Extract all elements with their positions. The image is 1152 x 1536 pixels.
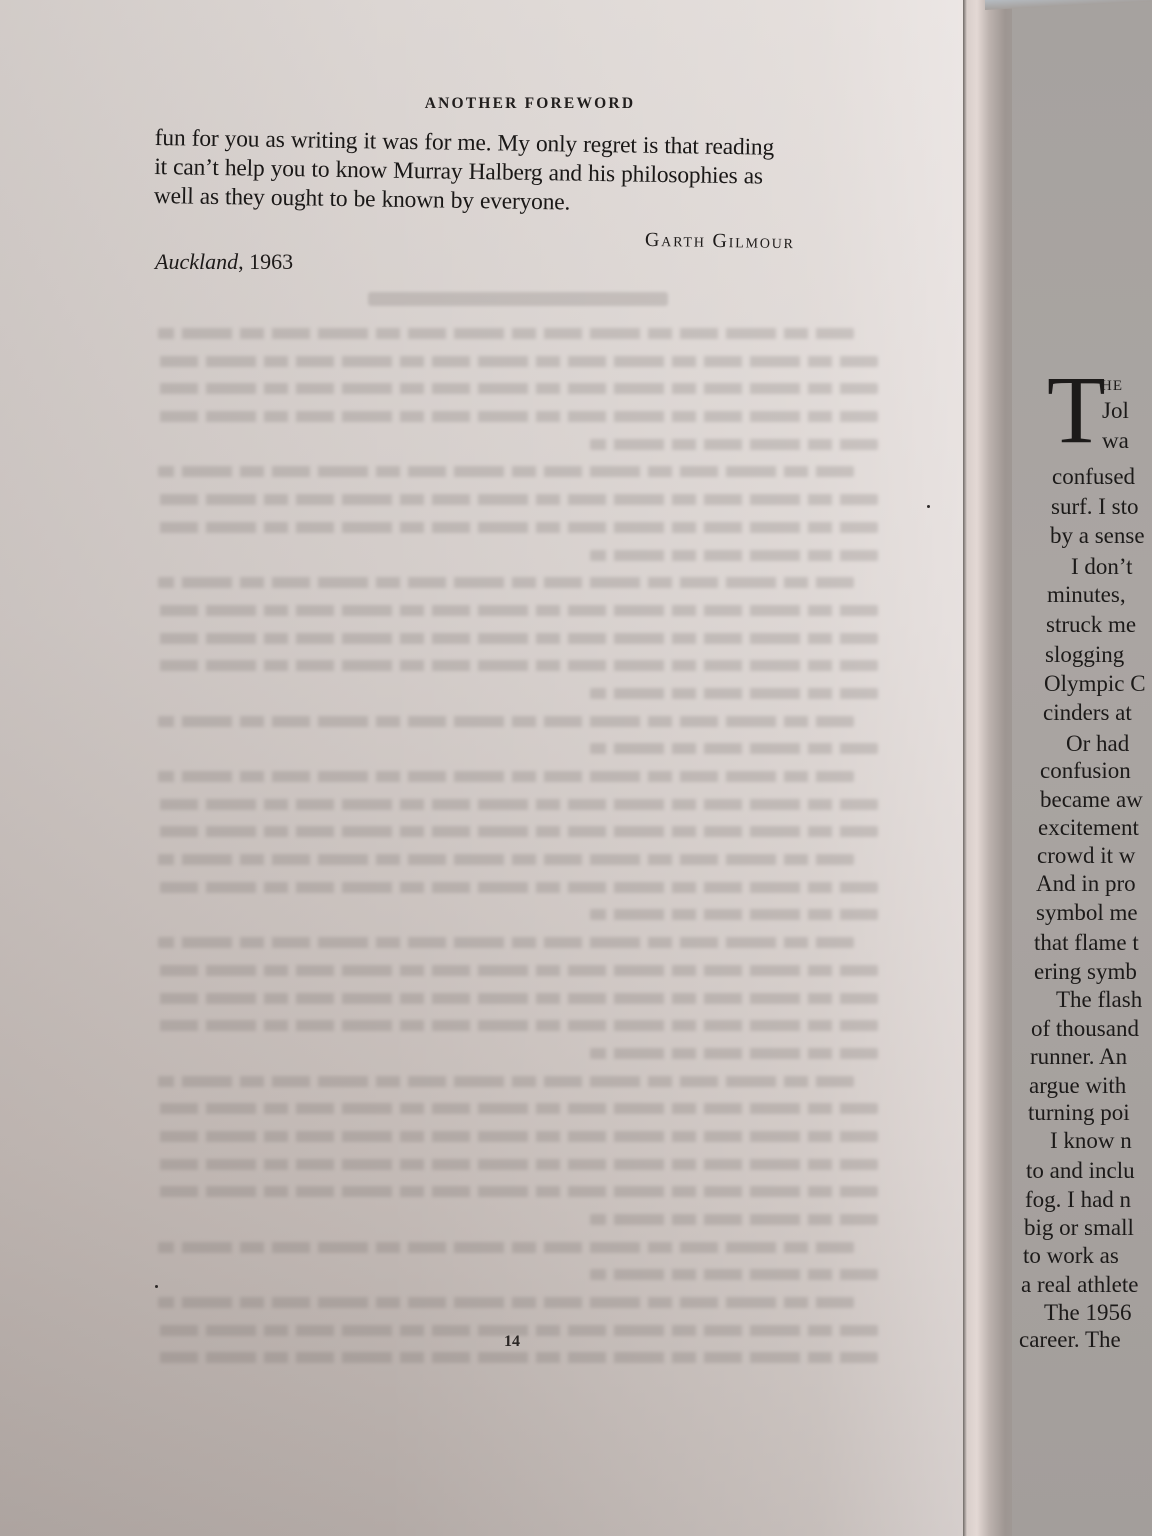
right-line: cinders at bbox=[1043, 700, 1132, 726]
right-line: big or small bbox=[1024, 1215, 1134, 1241]
right-line: crowd it w bbox=[1037, 843, 1135, 869]
place: Auckland bbox=[155, 249, 238, 274]
paper-speck bbox=[155, 1285, 158, 1288]
right-line: to work as bbox=[1023, 1243, 1119, 1269]
right-line: Olympic C bbox=[1044, 671, 1146, 697]
right-line: by a sense bbox=[1050, 523, 1145, 549]
paper-speck bbox=[927, 505, 930, 508]
right-line: excitement bbox=[1038, 815, 1139, 841]
right-line: runner. An bbox=[1030, 1044, 1127, 1070]
right-line: confusion bbox=[1040, 758, 1131, 784]
author-signature: Garth Gilmour bbox=[645, 229, 795, 254]
year: , 1963 bbox=[238, 249, 293, 274]
right-line: of thousand bbox=[1031, 1016, 1139, 1042]
right-line: symbol me bbox=[1036, 900, 1138, 926]
right-line: The flash bbox=[1056, 987, 1142, 1013]
right-line: surf. I sto bbox=[1051, 494, 1139, 520]
right-line: Jol bbox=[1102, 398, 1129, 424]
place-date: Auckland, 1963 bbox=[155, 249, 293, 275]
right-line: argue with bbox=[1029, 1073, 1126, 1099]
right-line: I know n bbox=[1050, 1128, 1132, 1154]
right-line: slogging bbox=[1045, 642, 1124, 668]
right-line: turning poi bbox=[1028, 1100, 1130, 1126]
body-paragraph: fun for you as writing it was for me. My… bbox=[154, 124, 915, 223]
running-head: ANOTHER FOREWORD bbox=[150, 95, 910, 113]
right-line: that flame t bbox=[1034, 930, 1139, 956]
right-line: a real athlete bbox=[1021, 1272, 1138, 1298]
right-line: to and inclu bbox=[1026, 1158, 1135, 1184]
right-line: became aw bbox=[1040, 787, 1143, 813]
right-line: struck me bbox=[1046, 612, 1136, 638]
right-line: fog. I had n bbox=[1025, 1187, 1131, 1213]
drop-cap: T bbox=[1047, 362, 1106, 458]
right-line: minutes, bbox=[1047, 582, 1126, 608]
right-line: confused bbox=[1052, 464, 1135, 490]
right-line: career. The bbox=[1019, 1327, 1121, 1353]
right-line: wa bbox=[1102, 428, 1129, 454]
right-line: The 1956 bbox=[1044, 1300, 1132, 1326]
drop-cap-continuation: HE bbox=[1101, 378, 1123, 395]
right-page: T HE Jol wa confused surf. I sto by a se… bbox=[1012, 0, 1152, 1536]
right-line: ering symb bbox=[1034, 959, 1137, 985]
right-line: And in pro bbox=[1036, 871, 1136, 897]
page-number: 14 bbox=[504, 1333, 520, 1351]
left-page: ANOTHER FOREWORD fun for you as writing … bbox=[0, 0, 964, 1536]
right-line: Or had bbox=[1066, 731, 1129, 757]
right-line: I don’t bbox=[1071, 554, 1133, 580]
bleed-through-text bbox=[158, 292, 878, 1380]
